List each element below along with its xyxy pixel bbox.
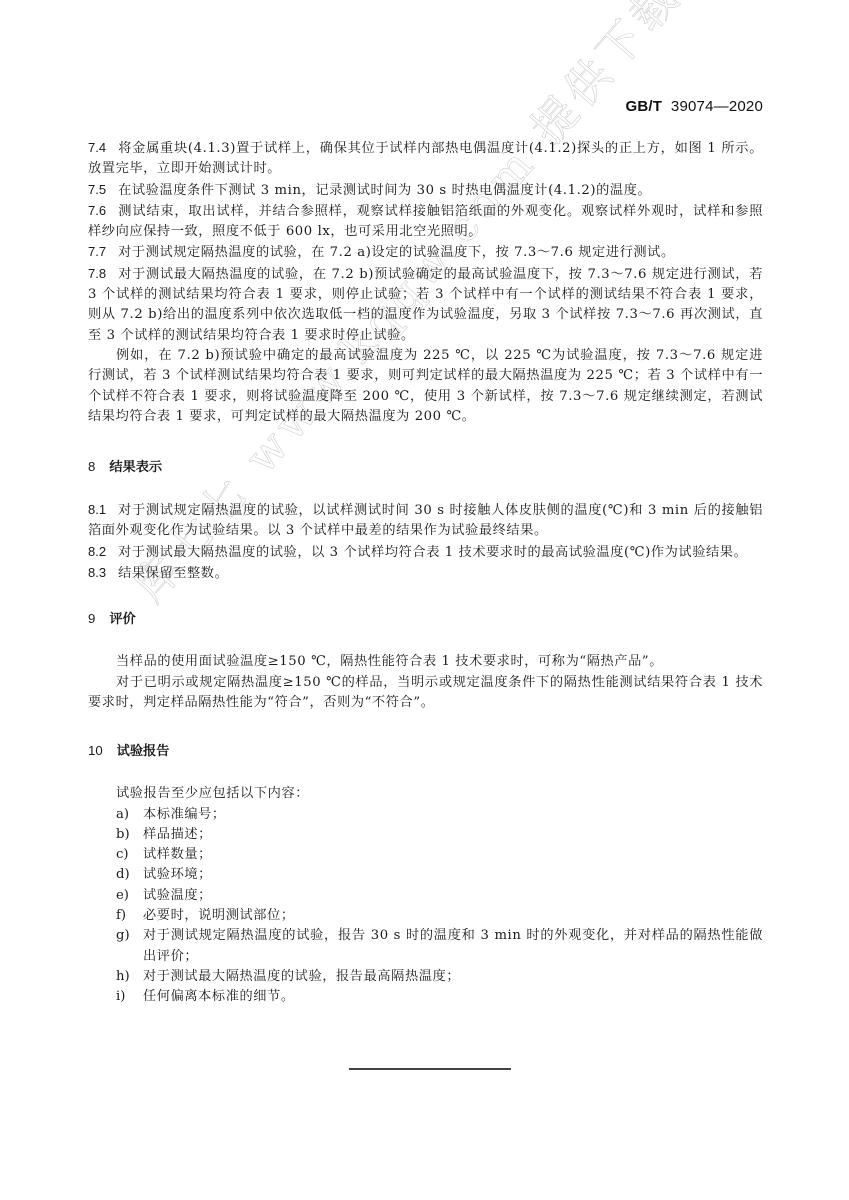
- list-text: 试样数量；: [143, 847, 212, 862]
- clause-number: 8.1: [88, 502, 106, 517]
- list-item: i)任何偏离本标准的细节。: [88, 987, 763, 1007]
- standard-code: GB/T 39074—2020: [626, 98, 763, 115]
- evaluation-paragraph-1: 当样品的使用面试验温度≥150 ℃，隔热性能符合表 1 技术要求时，可称为“隔热…: [88, 652, 763, 672]
- list-item: h)对于测试最大隔热温度的试验，报告最高隔热温度；: [88, 967, 763, 987]
- section-title: 试验报告: [117, 744, 170, 759]
- standard-number: 39074—2020: [671, 98, 763, 115]
- clause-number: 8.3: [88, 565, 106, 580]
- list-item: g)对于测试规定隔热温度的试验，报告 30 s 时的温度和 3 min 时的外观…: [88, 926, 763, 967]
- clause-text: 对于测试最大隔热温度的试验，以 3 个试样均符合表 1 技术要求时的最高试验温度…: [118, 545, 747, 560]
- list-text: 试验温度；: [143, 888, 212, 903]
- list-item: d)试验环境；: [88, 865, 763, 885]
- report-items-list: a)本标准编号； b)样品描述； c)试样数量； d)试验环境； e)试验温度；…: [88, 805, 763, 1008]
- standard-prefix: GB/T: [626, 98, 663, 115]
- clause-number: 7.5: [88, 182, 106, 197]
- list-item: f)必要时，说明测试部位；: [88, 906, 763, 926]
- clause-number: 7.8: [88, 266, 106, 281]
- clause-7-8: 7.8对于测试最大隔热温度的试验，在 7.2 b)预试验确定的最高试验温度下，按…: [88, 264, 763, 346]
- clause-7-8-example: 例如，在 7.2 b)预试验中确定的最高试验温度为 225 ℃，以 225 ℃为…: [88, 346, 763, 427]
- clause-7-5: 7.5在试验温度条件下测试 3 min，记录测试时间为 30 s 时热电偶温度计…: [88, 180, 763, 201]
- clause-number: 7.7: [88, 244, 106, 259]
- clause-7-4: 7.4将金属重块(4.1.3)置于试样上，确保其位于试样内部热电偶温度计(4.1…: [88, 138, 763, 180]
- clause-number: 7.6: [88, 203, 106, 218]
- list-marker: h): [116, 967, 130, 987]
- clause-7-6: 7.6测试结束，取出试样，并结合参照样，观察试样接触铝箔纸面的外观变化。观察试样…: [88, 201, 763, 243]
- list-marker: c): [116, 845, 129, 865]
- list-item: e)试验温度；: [88, 886, 763, 906]
- list-text: 试验环境；: [143, 867, 212, 882]
- list-marker: a): [116, 805, 129, 825]
- clause-8-3: 8.3结果保留至整数。: [88, 563, 763, 584]
- list-text: 对于测试最大隔热温度的试验，报告最高隔热温度；: [143, 969, 460, 984]
- list-item: b)样品描述；: [88, 825, 763, 845]
- list-marker: d): [116, 865, 130, 885]
- list-marker: e): [116, 886, 129, 906]
- clause-text: 对于测试最大隔热温度的试验，在 7.2 b)预试验确定的最高试验温度下，按 7.…: [88, 267, 763, 343]
- list-text: 对于测试规定隔热温度的试验，报告 30 s 时的温度和 3 min 时的外观变化…: [143, 928, 763, 963]
- list-marker: i): [116, 987, 125, 1007]
- section-heading-8: 8结果表示: [88, 457, 763, 478]
- list-text: 必要时，说明测试部位；: [143, 908, 295, 923]
- clause-text: 结果保留至整数。: [118, 566, 228, 581]
- document-body: 7.4将金属重块(4.1.3)置于试样上，确保其位于试样内部热电偶温度计(4.1…: [88, 138, 763, 1008]
- list-item: c)试样数量；: [88, 845, 763, 865]
- clause-text: 对于测试规定隔热温度的试验，以试样测试时间 30 s 时接触人体皮肤侧的温度(℃…: [88, 503, 763, 538]
- section-title: 评价: [109, 612, 135, 627]
- list-text: 本标准编号；: [143, 807, 226, 822]
- list-item: a)本标准编号；: [88, 805, 763, 825]
- list-text: 任何偏离本标准的细节。: [143, 989, 295, 1004]
- clause-8-2: 8.2对于测试最大隔热温度的试验，以 3 个试样均符合表 1 技术要求时的最高试…: [88, 542, 763, 563]
- document-page: GB/T 39074—2020 7.4将金属重块(4.1.3)置于试样上，确保其…: [0, 0, 849, 1200]
- clause-text: 对于测试规定隔热温度的试验，在 7.2 a)设定的试验温度下，按 7.3～7.6…: [118, 245, 675, 260]
- section-number: 9: [88, 611, 95, 626]
- list-text: 样品描述；: [143, 827, 212, 842]
- report-intro: 试验报告至少应包括以下内容：: [88, 784, 763, 804]
- clause-number: 8.2: [88, 544, 106, 559]
- section-heading-10: 10试验报告: [88, 741, 763, 762]
- list-marker: b): [116, 825, 130, 845]
- section-number: 10: [88, 743, 103, 758]
- clause-number: 7.4: [88, 140, 106, 155]
- section-title: 结果表示: [109, 460, 162, 475]
- evaluation-paragraph-2: 对于已明示或规定隔热温度≥150 ℃的样品，当明示或规定温度条件下的隔热性能测试…: [88, 673, 763, 714]
- section-number: 8: [88, 459, 95, 474]
- end-of-document-rule: [349, 1068, 511, 1070]
- section-heading-9: 9评价: [88, 609, 763, 630]
- clause-text: 测试结束，取出试样，并结合参照样，观察试样接触铝箔纸面的外观变化。观察试样外观时…: [88, 204, 763, 239]
- clause-8-1: 8.1对于测试规定隔热温度的试验，以试样测试时间 30 s 时接触人体皮肤侧的温…: [88, 500, 763, 542]
- clause-text: 在试验温度条件下测试 3 min，记录测试时间为 30 s 时热电偶温度计(4.…: [118, 183, 651, 198]
- clause-text: 将金属重块(4.1.3)置于试样上，确保其位于试样内部热电偶温度计(4.1.2)…: [88, 141, 763, 176]
- clause-7-7: 7.7对于测试规定隔热温度的试验，在 7.2 a)设定的试验温度下，按 7.3～…: [88, 242, 763, 263]
- list-marker: g): [116, 926, 130, 946]
- list-marker: f): [116, 906, 126, 926]
